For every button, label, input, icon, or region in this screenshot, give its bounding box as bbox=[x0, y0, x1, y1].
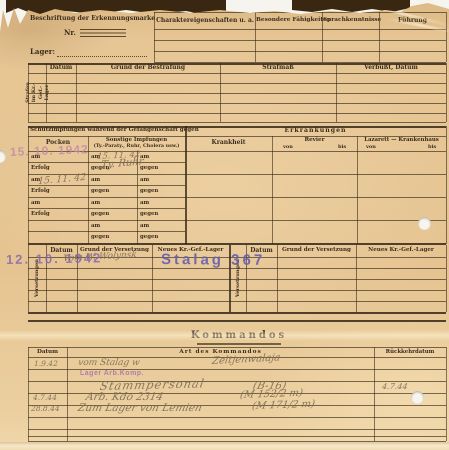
erkrankungen-lazarett-bis: bis bbox=[428, 145, 436, 150]
idtag-lager-blank-line bbox=[57, 55, 147, 57]
impfungen-right-border bbox=[446, 126, 447, 244]
erkrankungen-vline-revier bbox=[272, 136, 273, 244]
sonstige1-row-label: gegen bbox=[91, 235, 109, 240]
kommandos-right-border bbox=[446, 347, 447, 441]
kommandos-row4-art: Zum Lager von Lemien bbox=[77, 403, 203, 414]
versetzungen-vline bbox=[152, 245, 153, 312]
strafen-side-label: Strafen im Kr.-Gef.-Lager bbox=[25, 82, 50, 103]
impfungen-row-line bbox=[28, 197, 185, 198]
strafen-col-strafmass: Strafmaß bbox=[220, 65, 336, 71]
traits-table-vline bbox=[446, 12, 447, 62]
erkrankungen-revier-von: von bbox=[283, 145, 293, 150]
erkrankungen-vline-lazarett bbox=[357, 136, 358, 244]
traits-table-row-line bbox=[154, 51, 446, 52]
impfungen-col-sonstige-sub: (Ty.-Paraty., Ruhr, Cholera usw.) bbox=[89, 144, 184, 149]
traits-col-sprachen: Sprachkenntnisse bbox=[323, 18, 378, 24]
versetzungen-col-grund: Grund der Versetzung bbox=[277, 248, 356, 254]
kommandos-header-top-rule bbox=[28, 347, 446, 348]
punch-hole bbox=[411, 391, 424, 404]
versetzungen-right-border bbox=[446, 245, 447, 312]
kommandos-left-border bbox=[28, 347, 29, 441]
kommandos-row1-art-place: Zeltjenwalaja bbox=[211, 353, 281, 367]
sonstige1-row-label: am bbox=[91, 224, 100, 229]
erkrankungen-row-line bbox=[185, 220, 446, 221]
strafen-row-line bbox=[28, 93, 446, 94]
kommandos-vline bbox=[67, 347, 68, 441]
horizontal-fold-crease bbox=[0, 330, 449, 341]
kommandos-row2-rueckkehr: 4.7.44 bbox=[381, 383, 408, 391]
kommandos-col-datum: Datum bbox=[28, 350, 67, 356]
erkrankungen-col-lazarett: Lazarett — Krankenhaus bbox=[358, 138, 445, 143]
kommandos-row-line bbox=[28, 436, 446, 437]
pocken-row-label: Erfolg bbox=[31, 212, 50, 217]
versetzungen-vline bbox=[356, 245, 357, 312]
erkrankungen-col-revier: Revier bbox=[273, 138, 356, 144]
pocken-row-label: Erfolg bbox=[31, 166, 50, 171]
impfungen-row-line bbox=[28, 208, 185, 209]
date-stamp-15-10-1942: 15. 10. 1942 bbox=[10, 143, 89, 158]
sonstige1-row-label: am bbox=[91, 201, 100, 206]
strafen-row-line bbox=[28, 83, 446, 84]
kommandos-title-underline bbox=[197, 343, 281, 345]
idtag-nr-label: Nr. bbox=[64, 29, 76, 36]
scanned-pow-record-card: { "colors": { "paper": "#e6c492", "ink":… bbox=[0, 0, 449, 450]
sonstige2-row-label: am bbox=[140, 224, 149, 229]
traits-table-row-line bbox=[154, 40, 446, 41]
punch-hole-partial bbox=[0, 150, 6, 163]
strafen-header-rule bbox=[28, 73, 446, 74]
impfungen-subheader-rule bbox=[28, 151, 446, 152]
impfungen-row-line bbox=[28, 220, 185, 221]
page-bottom-edge bbox=[0, 442, 449, 450]
record-card-paper: Beschriftung der Erkennungsmarke Nr. Lag… bbox=[0, 0, 449, 450]
kommandos-row-line bbox=[28, 429, 446, 430]
strafen-col-verbuesst: Verbüßt, Datum bbox=[336, 65, 446, 71]
strafen-right-border bbox=[446, 63, 447, 122]
sonstige1-row-label: am bbox=[91, 178, 100, 183]
kommandos-row4-datum: 28.8.44 bbox=[31, 405, 60, 413]
traits-col-charakter: Charaktereigenschaften u. a. bbox=[156, 18, 254, 24]
sonstige2-row-label: am bbox=[140, 201, 149, 206]
pocken-row-label: am bbox=[31, 201, 40, 206]
kommandos-row-line bbox=[28, 417, 446, 418]
idtag-lager-label: Lager: bbox=[30, 48, 55, 55]
versetzungen-bottom-border bbox=[28, 312, 446, 314]
strafen-col-grund: Grund der Bestrafung bbox=[76, 65, 220, 71]
strafen-row-line bbox=[28, 103, 446, 104]
pocken-row-label: Erfolg bbox=[31, 189, 50, 194]
sonstige2-row-label: gegen bbox=[140, 212, 158, 217]
sonstige1-row-label: gegen bbox=[91, 189, 109, 194]
lager-arb-komp-stamp: Lager Arb.Komp. bbox=[80, 370, 144, 377]
impfungen-title: Schutzimpfungen während der Gefangenscha… bbox=[30, 128, 183, 134]
stalag-367-stamp: Stalag 367 bbox=[161, 252, 265, 268]
strafen-side-label-cell: Strafen im Kr.-Gef.-Lager bbox=[28, 63, 46, 122]
erkrankungen-title: Erkrankungen bbox=[185, 128, 446, 134]
kommandos-row3-datum: 4.7.44 bbox=[33, 394, 57, 402]
versetzungen-vline bbox=[277, 245, 278, 312]
kommandos-vline bbox=[374, 347, 375, 441]
idtag-box-title: Beschriftung der Erkennungsmarke bbox=[30, 16, 152, 22]
kommandos-row4-art-code: (M 171/2 m) bbox=[251, 400, 315, 412]
kommandos-row1-datum: 1.9.42 bbox=[34, 360, 58, 368]
versetzungen-col-neues: Neues Kr.-Gef.-Lager bbox=[356, 248, 446, 254]
erkrankungen-row-line bbox=[185, 197, 446, 198]
erkrankungen-row-line bbox=[185, 174, 446, 175]
erkrankungen-lazarett-von: von bbox=[366, 145, 376, 150]
strafen-col-datum: Datum bbox=[46, 65, 76, 71]
sonstige2-row-label: gegen bbox=[140, 235, 158, 240]
sonstige2-row-label: gegen bbox=[140, 189, 158, 194]
impfungen-row-line bbox=[28, 231, 185, 232]
erkrankungen-revier-bis: bis bbox=[338, 145, 346, 150]
kommandos-section-top-border bbox=[28, 320, 446, 322]
erkrankungen-col-krankheit: Krankheit bbox=[186, 140, 271, 146]
punch-hole bbox=[418, 217, 431, 230]
idtag-nr-blank-lines bbox=[80, 29, 126, 38]
kommandos-row1-art: vom Stalag w bbox=[77, 359, 140, 368]
kommandos-col-rueckkehr: Rückkehrdatum bbox=[374, 350, 446, 355]
traits-col-faehigkeiten: Besondere Fähigkeiten bbox=[256, 18, 321, 24]
strafen-bottom-border bbox=[28, 122, 446, 123]
sonstige1-row-label: gegen bbox=[91, 212, 109, 217]
strafen-row-line bbox=[28, 113, 446, 114]
kommandos-row3-art: Arb. Kdo 2314 bbox=[85, 392, 164, 403]
sonstige2-row-label: am bbox=[140, 178, 149, 183]
traits-table-vline bbox=[154, 12, 155, 62]
traits-table-header-rule bbox=[154, 29, 446, 30]
